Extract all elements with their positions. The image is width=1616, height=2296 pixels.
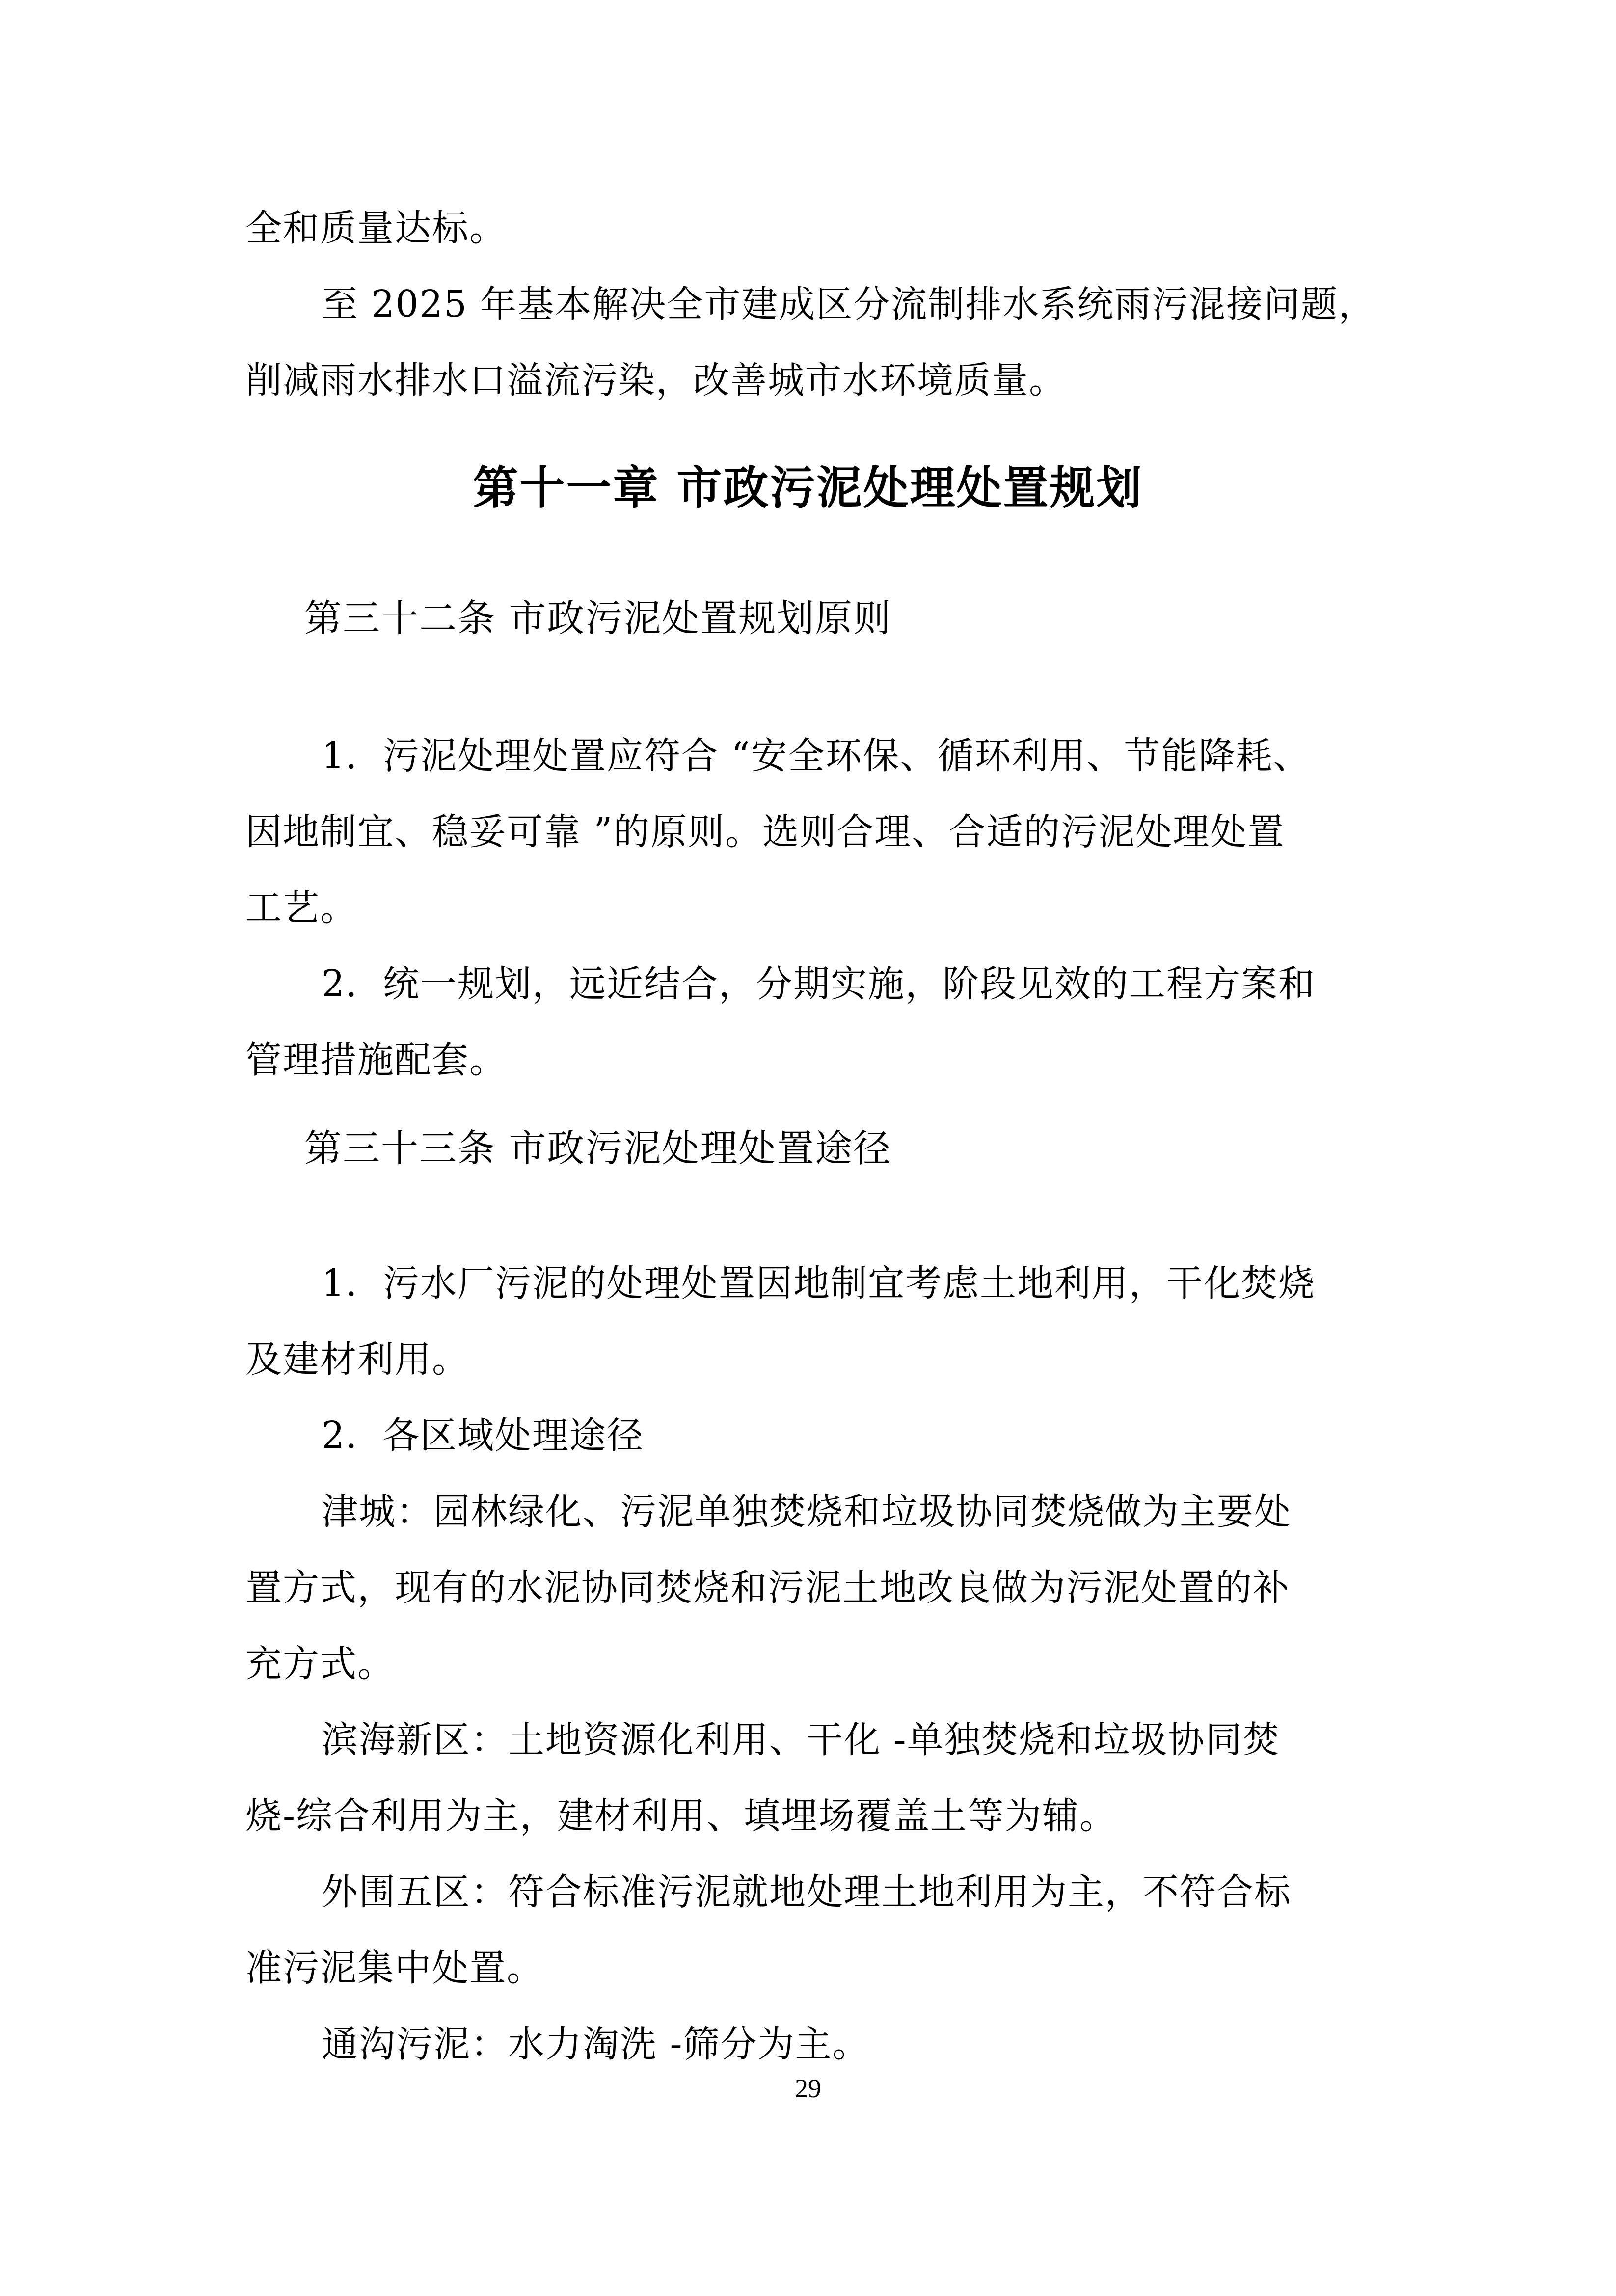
- body-text-line: 准污泥集中处置。: [245, 1946, 544, 1990]
- body-text-line: 至 2025 年基本解决全市建成区分流制排水系统雨污混接问题，: [322, 282, 1375, 326]
- body-text-line: 1．污泥处理处置应符合 “安全环保、循环利用、节能降耗、: [322, 734, 1310, 778]
- page-number: 29: [0, 2074, 1616, 2103]
- body-text-line: 2．各区域处理途径: [322, 1414, 644, 1458]
- body-text-line: 因地制宜、稳妥可靠 ”的原则。选则合理、合适的污泥处理处置: [245, 810, 1285, 854]
- document-page: 全和质量达标。 至 2025 年基本解决全市建成区分流制排水系统雨污混接问题， …: [0, 0, 1616, 2296]
- body-text-line: 外围五区：符合标准污泥就地处理土地利用为主，不符合标: [322, 1870, 1292, 1914]
- body-text-line: 2．统一规划，远近结合，分期实施，阶段见效的工程方案和: [322, 962, 1316, 1006]
- chapter-title: 第十一章 市政污泥处理处置规划: [0, 461, 1616, 515]
- body-text-line: 充方式。: [245, 1642, 395, 1686]
- body-text-line: 滨海新区：土地资源化利用、干化 -单独焚烧和垃圾协同焚: [322, 1718, 1280, 1762]
- body-text-line: 及建材利用。: [245, 1337, 469, 1382]
- body-text-line: 工艺。: [245, 886, 357, 930]
- body-text-line: 津城：园林绿化、污泥单独焚烧和垃圾协同焚烧做为主要处: [322, 1490, 1292, 1534]
- article-heading: 第三十二条 市政污泥处置规划原则: [304, 596, 891, 641]
- article-heading: 第三十三条 市政污泥处理处置途径: [304, 1126, 891, 1171]
- body-text-line: 削减雨水排水口溢流污染，改善城市水环境质量。: [245, 358, 1066, 402]
- body-text-line: 管理措施配套。: [245, 1038, 507, 1082]
- body-text-line: 全和质量达标。: [245, 206, 507, 250]
- body-text-line: 1．污水厂污泥的处理处置因地制宜考虑土地利用，干化焚烧: [322, 1261, 1316, 1306]
- body-text-line: 烧-综合利用为主，建材利用、填埋场覆盖土等为辅。: [245, 1794, 1117, 1838]
- body-text-line: 通沟污泥：水力淘洗 -筛分为主。: [322, 2022, 870, 2066]
- body-text-line: 置方式，现有的水泥协同焚烧和污泥土地改良做为污泥处置的补: [245, 1566, 1290, 1610]
